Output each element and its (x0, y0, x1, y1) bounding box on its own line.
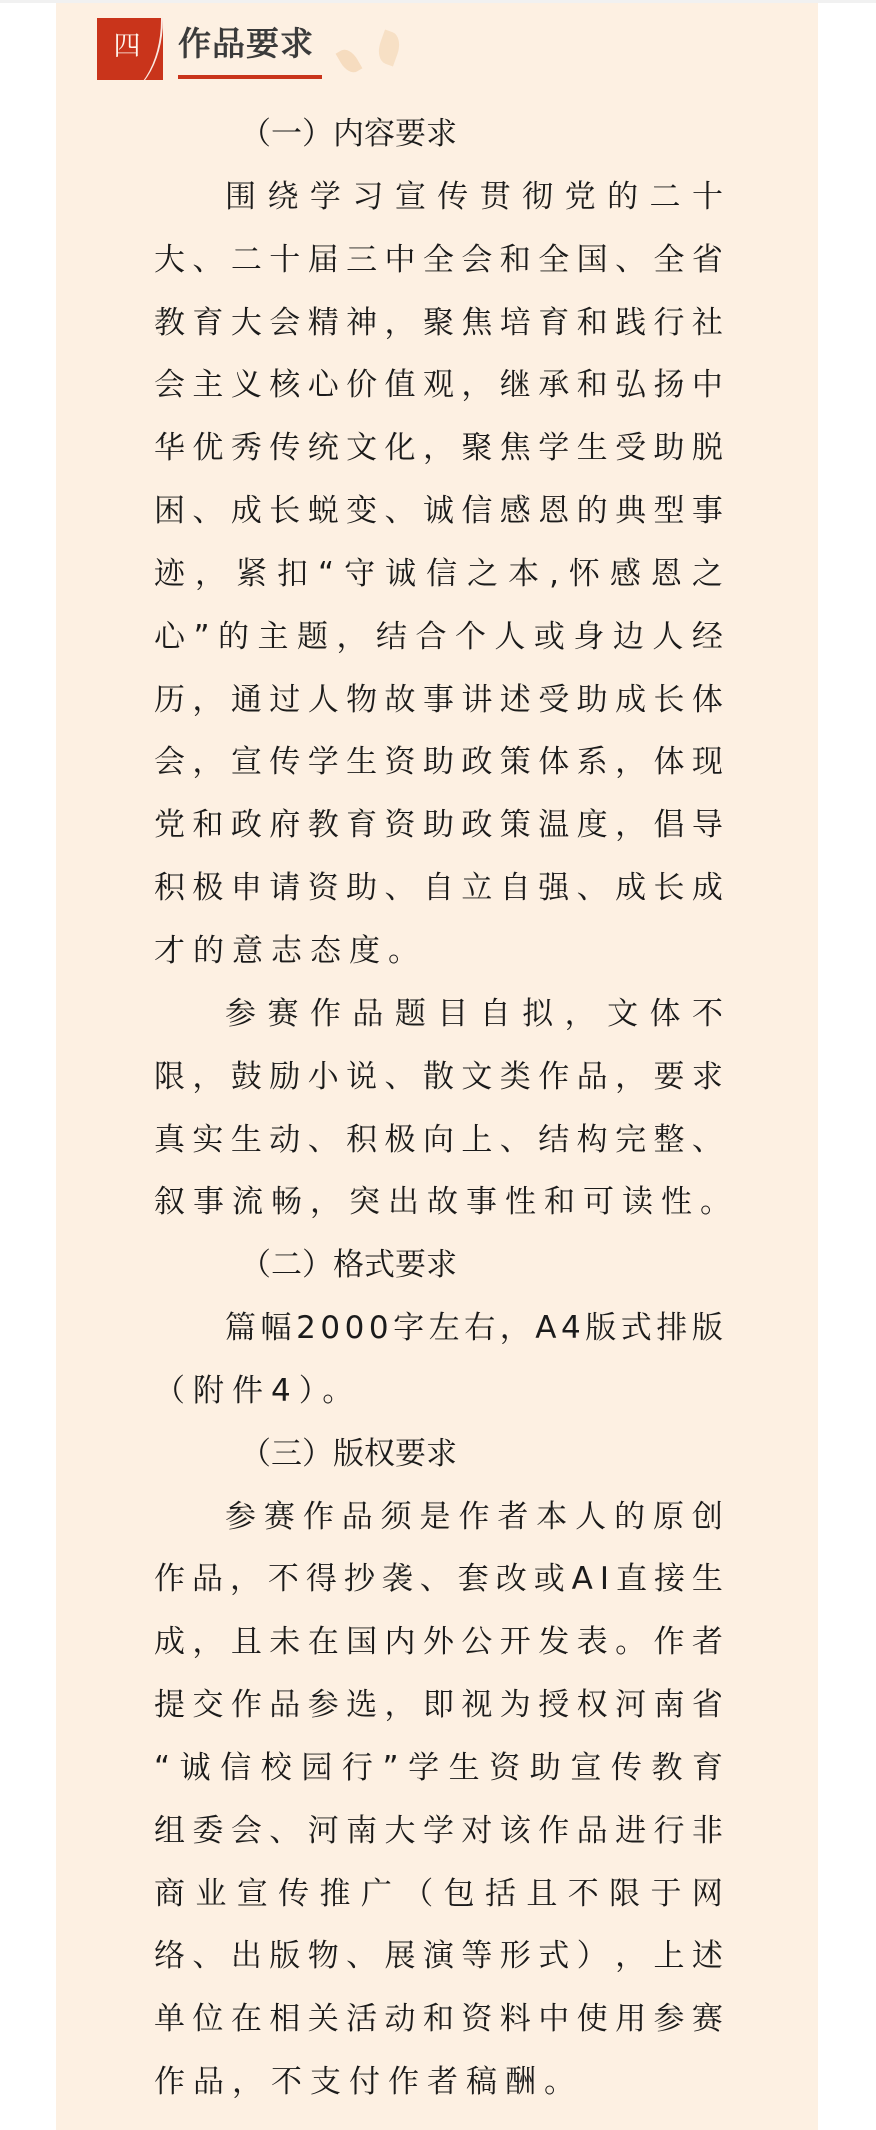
glyph: 华 (154, 417, 185, 480)
glyph: 、 (385, 1046, 416, 1109)
glyph: 迹 (154, 543, 185, 606)
glyph: 系 (577, 731, 608, 794)
glyph: 宣 (395, 166, 426, 229)
glyph: 真 (154, 1109, 185, 1172)
glyph: 0 (369, 1297, 389, 1360)
glyph: 络 (154, 1925, 185, 1988)
glyph: ， (615, 731, 646, 794)
glyph: 活 (346, 1988, 377, 2051)
glyph: 讲 (461, 669, 492, 732)
glyph: 公 (461, 1611, 492, 1674)
glyph: 积 (346, 1109, 377, 1172)
glyph: 积 (154, 857, 185, 920)
glyph: 作 (303, 1486, 334, 1549)
paragraph-line: 才的意志态度。 (154, 920, 723, 983)
glyph: 和 (423, 1988, 454, 2051)
glyph: ， (615, 1925, 646, 1988)
glyph: 十 (269, 229, 300, 292)
glyph: 资 (489, 1737, 520, 1800)
glyph: 助 (577, 669, 608, 732)
glyph: 行 (342, 1737, 373, 1800)
glyph: 或 (534, 1548, 565, 1611)
glyph: 限 (154, 1046, 185, 1109)
glyph: 通 (231, 669, 262, 732)
glyph: 和 (577, 354, 608, 417)
glyph: A (572, 1548, 593, 1611)
glyph: 生 (231, 1109, 262, 1172)
glyph: 围 (225, 166, 256, 229)
glyph: 委 (192, 1800, 223, 1863)
glyph: 个 (455, 606, 486, 669)
glyph: 式 (538, 1925, 569, 1988)
glyph: 向 (423, 1109, 454, 1172)
glyph: 极 (192, 857, 223, 920)
glyph: 、 (500, 1109, 531, 1172)
glyph: 授 (538, 1674, 569, 1737)
glyph: 作 (458, 1486, 489, 1549)
glyph: 会 (231, 1800, 262, 1863)
glyph: 精 (308, 292, 339, 355)
paragraph-line: 真实生动、积极向上、结构完整、 (154, 1109, 723, 1172)
glyph: 困 (154, 480, 185, 543)
glyph: 受 (538, 669, 569, 732)
glyph: ， (192, 669, 223, 732)
glyph: 参 (225, 983, 256, 1046)
article-body: （一）内容要求 围绕学习宣传贯彻党的二十 大、二十届三中全会和全国、全省 教育大… (154, 103, 723, 2114)
glyph: 的 (577, 480, 608, 543)
glyph: 、 (577, 857, 608, 920)
glyph: 人 (494, 606, 525, 669)
glyph: 结 (538, 1109, 569, 1172)
glyph: 励 (269, 1046, 300, 1109)
glyph: 政 (461, 731, 492, 794)
glyph: 说 (346, 1046, 377, 1109)
glyph: 神 (346, 292, 377, 355)
glyph: 参 (653, 1988, 684, 2051)
glyph: 学 (310, 166, 341, 229)
glyph: 提 (154, 1674, 185, 1737)
glyph: 赛 (264, 1486, 295, 1549)
glyph: 长 (653, 669, 684, 732)
glyph: 未 (269, 1611, 300, 1674)
glyph: 观 (423, 354, 454, 417)
glyph: 为 (500, 1674, 531, 1737)
glyph: 0 (345, 1297, 365, 1360)
glyph: 教 (154, 292, 185, 355)
glyph: 作 (154, 1548, 185, 1611)
glyph: 习 (352, 166, 383, 229)
glyph: 作 (538, 1046, 569, 1109)
glyph: 导 (692, 794, 723, 857)
glyph: 身 (573, 606, 604, 669)
glyph: 怀 (569, 543, 600, 606)
glyph: 品 (577, 1046, 608, 1109)
section-number: 四 (97, 18, 157, 76)
glyph: 扬 (653, 354, 684, 417)
glyph: 品 (352, 983, 383, 1046)
glyph: 述 (692, 1925, 723, 1988)
glyph: 即 (423, 1674, 454, 1737)
glyph: 行 (653, 292, 684, 355)
glyph: 教 (308, 794, 339, 857)
glyph: 学 (423, 1800, 454, 1863)
glyph: 之 (692, 543, 723, 606)
glyph: 资 (385, 731, 416, 794)
glyph: 不 (692, 983, 723, 1046)
glyph: 信 (220, 1737, 251, 1800)
glyph: 业 (195, 1863, 226, 1926)
paragraph-line: 组委会、河南大学对该作品进行非 (154, 1800, 723, 1863)
glyph: 化 (385, 417, 416, 480)
glyph: 策 (500, 794, 531, 857)
paragraph-line: 迹，紧扣“守诚信之本,怀感恩之 (154, 543, 723, 606)
glyph: 上 (461, 1109, 492, 1172)
glyph: ， (192, 731, 223, 794)
glyph: 或 (534, 606, 565, 669)
glyph: 传 (437, 166, 468, 229)
glyph: 者 (497, 1486, 528, 1549)
glyph: 府 (269, 794, 300, 857)
glyph: 强 (538, 857, 569, 920)
glyph: 位 (192, 1988, 223, 2051)
glyph: 生 (346, 731, 377, 794)
glyph: 全 (653, 229, 684, 292)
paragraph-line: 提交作品参选，即视为授权河南省 (154, 1674, 723, 1737)
glyph: 形 (500, 1925, 531, 1988)
glyph: 散 (423, 1046, 454, 1109)
glyph: 拟 (522, 983, 553, 1046)
glyph: 绕 (267, 166, 298, 229)
glyph: 极 (385, 1109, 416, 1172)
glyph: 网 (692, 1863, 723, 1926)
glyph: 发 (538, 1611, 569, 1674)
glyph: 长 (653, 857, 684, 920)
glyph: 本 (508, 543, 539, 606)
glyph: 体 (692, 669, 723, 732)
glyph: 弘 (615, 354, 646, 417)
glyph: 优 (192, 417, 223, 480)
glyph: 大 (154, 229, 185, 292)
glyph: 成 (692, 857, 723, 920)
glyph: ， (565, 983, 596, 1046)
glyph: 权 (577, 1674, 608, 1737)
glyph: 行 (653, 1800, 684, 1863)
glyph: 、 (420, 1548, 451, 1611)
glyph: 求 (692, 1046, 723, 1109)
glyph: 且 (526, 1863, 557, 1926)
glyph: 不 (268, 1548, 299, 1611)
glyph: 和 (577, 292, 608, 355)
glyph: 文 (346, 417, 377, 480)
glyph: 育 (538, 292, 569, 355)
glyph: 创 (692, 1486, 723, 1549)
glyph: 述 (500, 669, 531, 732)
glyph: 不 (568, 1863, 599, 1926)
glyph: 。 (615, 1611, 646, 1674)
glyph: 典 (615, 480, 646, 543)
glyph: 现 (692, 731, 723, 794)
glyph: 版 (585, 1297, 616, 1360)
glyph: 合 (415, 606, 446, 669)
glyph: 作 (310, 983, 341, 1046)
glyph: 大 (385, 1800, 416, 1863)
paragraph-line: 作品，不得抄袭、套改或AI直接生 (154, 1548, 723, 1611)
glyph: ， (461, 354, 492, 417)
glyph: 完 (615, 1109, 646, 1172)
paragraph-line: 叙事流畅，突出故事性和可读性。 (154, 1171, 723, 1234)
glyph: 物 (308, 1925, 339, 1988)
glyph: 传 (269, 417, 300, 480)
glyph: 内 (385, 1611, 416, 1674)
glyph: 成 (615, 857, 646, 920)
glyph: 在 (308, 1611, 339, 1674)
glyph: 成 (231, 480, 262, 543)
glyph: ， (192, 1046, 223, 1109)
glyph: ， (615, 1046, 646, 1109)
glyph: 题 (297, 606, 328, 669)
glyph: 脱 (692, 417, 723, 480)
subheading-copyright-requirements: （三）版权要求 (154, 1423, 723, 1486)
glyph: 字 (393, 1297, 424, 1360)
paragraph-line: 会，宣传学生资助政策体系，体现 (154, 731, 723, 794)
glyph: 使 (577, 1988, 608, 2051)
glyph: ， (195, 543, 226, 606)
glyph: 动 (385, 1988, 416, 2051)
glyph: 作 (231, 1674, 262, 1737)
glyph: 的 (218, 606, 249, 669)
glyph: 省 (692, 1674, 723, 1737)
glyph: 、 (269, 1800, 300, 1863)
glyph: 单 (154, 1988, 185, 2051)
glyph: 括 (485, 1863, 516, 1926)
glyph: 二 (650, 166, 681, 229)
glyph: 省 (692, 229, 723, 292)
glyph: 核 (269, 354, 300, 417)
glyph: 资 (308, 857, 339, 920)
glyph: 心 (154, 606, 185, 669)
glyph: 统 (308, 417, 339, 480)
glyph: 三 (346, 229, 377, 292)
glyph: 河 (615, 1674, 646, 1737)
glyph: 十 (692, 166, 723, 229)
paragraph-line: 大、二十届三中全会和全国、全省 (154, 229, 723, 292)
glyph: 会 (154, 354, 185, 417)
glyph: 南 (653, 1674, 684, 1737)
glyph: 体 (650, 983, 681, 1046)
glyph: 题 (395, 983, 426, 1046)
glyph: 历 (154, 669, 185, 732)
glyph: 会 (154, 731, 185, 794)
glyph: 守 (344, 543, 375, 606)
glyph: 商 (154, 1863, 185, 1926)
glyph: 会 (269, 292, 300, 355)
glyph: 聚 (423, 292, 454, 355)
glyph: 实 (192, 1109, 223, 1172)
glyph: 和 (192, 794, 223, 857)
glyph: 宣 (237, 1863, 268, 1926)
glyph: 品 (577, 1800, 608, 1863)
glyph: 目 (437, 983, 468, 1046)
glyph: 生 (449, 1737, 480, 1800)
glyph: 得 (306, 1548, 337, 1611)
glyph: 4 (561, 1297, 581, 1360)
glyph: 左 (429, 1297, 460, 1360)
glyph: 践 (615, 292, 646, 355)
glyph: 倡 (653, 794, 684, 857)
glyph: 、 (192, 480, 223, 543)
glyph: 培 (500, 292, 531, 355)
glyph: 秀 (231, 417, 262, 480)
section-title: 作品要求 (178, 24, 314, 64)
glyph: 整 (653, 1109, 684, 1172)
glyph: 资 (461, 1988, 492, 2051)
leaf-decoration-icon (374, 30, 404, 67)
glyph: 助 (423, 731, 454, 794)
glyph: （ (402, 1863, 433, 1926)
glyph: 过 (269, 669, 300, 732)
paragraph-line: （附件4）。 (154, 1360, 723, 1423)
glyph: 故 (385, 669, 416, 732)
glyph: 外 (423, 1611, 454, 1674)
glyph: 恩 (538, 480, 569, 543)
glyph: 式 (621, 1297, 652, 1360)
glyph: 诚 (180, 1737, 211, 1800)
glyph: 出 (231, 1925, 262, 1988)
glyph: 视 (461, 1674, 492, 1737)
glyph: 之 (467, 543, 498, 606)
glyph: 园 (301, 1737, 332, 1800)
glyph: 学 (308, 731, 339, 794)
glyph: 成 (154, 1611, 185, 1674)
glyph: 育 (346, 794, 377, 857)
paragraph-line: 作品，不支付作者稿酬。 (154, 2051, 723, 2114)
glyph: 相 (269, 1988, 300, 2051)
glyph: 本 (536, 1486, 567, 1549)
paragraph-line: 教育大会精神，聚焦培育和践行社 (154, 292, 723, 355)
glyph: ， (230, 1548, 261, 1611)
glyph: 鼓 (231, 1046, 262, 1109)
glyph: 、 (346, 1925, 377, 1988)
glyph: 直 (616, 1548, 647, 1611)
glyph: 交 (192, 1674, 223, 1737)
glyph: 、 (385, 857, 416, 920)
glyph: ” (382, 1737, 398, 1800)
glyph: 等 (461, 1925, 492, 1988)
glyph: 成 (615, 669, 646, 732)
glyph: ， (385, 1674, 416, 1737)
paragraph-line: 历，通过人物故事讲述受助成长体 (154, 669, 723, 732)
glyph: 全 (538, 229, 569, 292)
glyph: 策 (500, 731, 531, 794)
glyph: 社 (692, 292, 723, 355)
glyph: 助 (346, 857, 377, 920)
glyph: 抄 (344, 1548, 375, 1611)
glyph: 贯 (480, 166, 511, 229)
glyph: 非 (692, 1800, 723, 1863)
glyph: 型 (653, 480, 684, 543)
glyph: 会 (461, 229, 492, 292)
glyph: , (549, 543, 559, 606)
glyph: 南 (346, 1800, 377, 1863)
glyph: 传 (278, 1863, 309, 1926)
glyph: 体 (653, 731, 684, 794)
glyph: 自 (500, 857, 531, 920)
glyph: 值 (385, 354, 416, 417)
paragraph-line: 成，且未在国内外公开发表。作者 (154, 1611, 723, 1674)
glyph: 受 (615, 417, 646, 480)
glyph: 焦 (500, 417, 531, 480)
glyph: 品 (342, 1486, 373, 1549)
glyph: 版 (692, 1297, 723, 1360)
section-number-badge: 四 (97, 18, 163, 80)
glyph: 宣 (231, 731, 262, 794)
glyph: 政 (231, 794, 262, 857)
paragraph-line: 积极申请资助、自立自强、成长成 (154, 857, 723, 920)
paragraph-line: 党和政府教育资助政策温度，倡导 (154, 794, 723, 857)
glyph: 学 (408, 1737, 439, 1800)
glyph: 人 (575, 1486, 606, 1549)
glyph: 感 (610, 543, 641, 606)
glyph: 届 (308, 229, 339, 292)
glyph: 品 (269, 1674, 300, 1737)
glyph: 国 (577, 229, 608, 292)
glyph: 接 (654, 1548, 685, 1611)
paragraph-line: “诚信校园行”学生资助宣传教育 (154, 1737, 723, 1800)
glyph: 是 (420, 1486, 451, 1549)
glyph: 人 (652, 606, 683, 669)
section-header: 四 作品要求 (97, 18, 437, 82)
glyph: 构 (577, 1109, 608, 1172)
glyph: 、 (308, 1109, 339, 1172)
glyph: 助 (423, 794, 454, 857)
paragraph-line: 参赛作品题目自拟，文体不 (154, 983, 723, 1046)
glyph: 二 (231, 229, 262, 292)
glyph: 结 (376, 606, 407, 669)
paragraph-line: 限，鼓励小说、散文类作品，要求 (154, 1046, 723, 1109)
glyph: 上 (653, 1925, 684, 1988)
glyph: 承 (538, 354, 569, 417)
glyph: 参 (308, 1674, 339, 1737)
glyph: 对 (461, 1800, 492, 1863)
glyph: 人 (308, 669, 339, 732)
glyph: 经 (692, 606, 723, 669)
glyph: 品 (192, 1548, 223, 1611)
paragraph-line: 困、成长蜕变、诚信感恩的典型事 (154, 480, 723, 543)
glyph: 信 (426, 543, 457, 606)
glyph: 助 (653, 417, 684, 480)
glyph: 关 (308, 1988, 339, 2051)
glyph: 变 (346, 480, 377, 543)
glyph: 文 (607, 983, 638, 1046)
glyph: 河 (308, 1800, 339, 1863)
glyph: 申 (231, 857, 262, 920)
glyph: 义 (231, 354, 262, 417)
glyph: 物 (346, 669, 377, 732)
glyph: I (600, 1548, 609, 1611)
glyph: 、 (192, 229, 223, 292)
glyph: 赛 (692, 1988, 723, 2051)
glyph: 小 (308, 1046, 339, 1109)
paragraph-line: 络、出版物、展演等形式），上述 (154, 1925, 723, 1988)
glyph: 广 (361, 1863, 392, 1926)
glyph: 党 (565, 166, 596, 229)
subheading-format-requirements: （二）格式要求 (154, 1234, 723, 1297)
glyph: 、 (192, 1925, 223, 1988)
glyph: ， (615, 794, 646, 857)
glyph: 文 (461, 1046, 492, 1109)
leaf-decoration-icon (336, 46, 363, 77)
glyph: 动 (269, 1109, 300, 1172)
